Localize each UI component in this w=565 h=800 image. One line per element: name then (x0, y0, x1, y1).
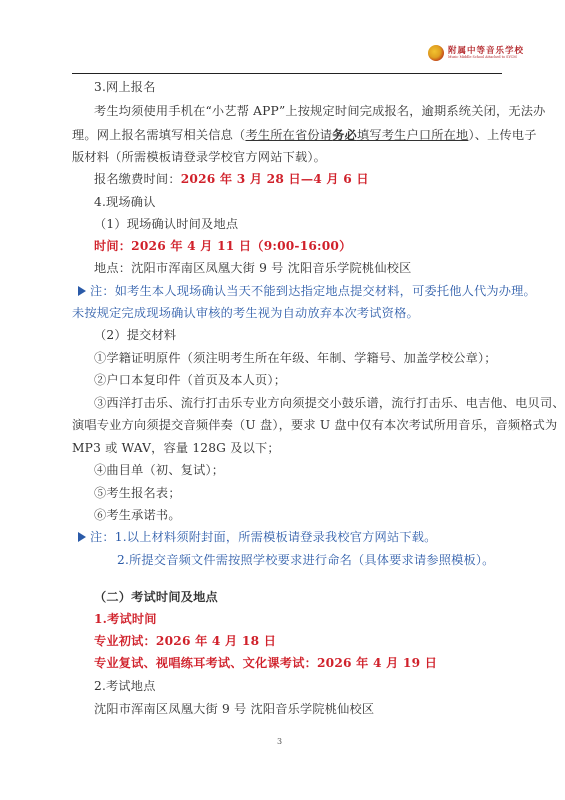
text-span: 理。网上报名需填写相关信息（ (72, 128, 245, 142)
logo-chinese-name: 附属中等音乐学校 (448, 47, 524, 56)
paragraph-line: 考生均须使用手机在“小艺帮 APP”上按规定时间完成报名，逾期系统关闭，无法办 (94, 104, 546, 118)
part-2-title: （二）考试时间及地点 (94, 590, 218, 604)
section-3-title: 3.网上报名 (94, 80, 156, 94)
paragraph-line: 版材料（所需模板请登录学校官方网站下载）。 (72, 150, 326, 164)
confirm-place: 地点：沈阳市浑南区凤凰大街 9 号 沈阳音乐学院桃仙校区 (94, 261, 411, 275)
subsection-title: （1）现场确认时间及地点 (94, 217, 238, 231)
material-item: ①学籍证明原件（须注明考生所在年级、年制、学籍号、加盖学校公章）； (94, 351, 497, 365)
header-rule (72, 73, 502, 74)
note-line: 2.所提交音频文件需按照学校要求进行命名（具体要求请参照模板）。 (117, 553, 495, 567)
material-item: ④曲目单（初、复试）； (94, 463, 224, 477)
material-item: ⑥考生承诺书。 (94, 508, 181, 522)
subsection-title: （2）提交材料 (94, 328, 176, 342)
material-item: ②户口本复印件（首页及本人页）； (94, 373, 286, 387)
underlined-text: 考生所在省份请务必填写考生户口所在地 (245, 128, 468, 142)
material-item: ⑤考生报名表； (94, 486, 181, 500)
confirm-time: 时间：2026 年 4 月 11 日（9:00-16:00） (94, 239, 352, 253)
text-span: 填写考生户口所在地 (357, 128, 469, 142)
time-value: 2026 年 4 月 11 日（9:00-16:00） (131, 239, 351, 253)
school-emblem-icon (428, 45, 444, 61)
note: 注：1.以上材料须附封面，所需模板请登录我校官方网站下载。 (78, 530, 437, 544)
exam-place-title: 2.考试地点 (94, 679, 156, 693)
note-arrow-icon (78, 286, 86, 296)
school-logo: 附属中等音乐学校 Music Middle School Attached to… (428, 42, 533, 64)
material-item-cont: MP3 或 WAV，容量 128G 及以下； (72, 441, 280, 455)
note-text: 注：如考生本人现场确认当天不能到达指定地点提交材料，可委托他人代为办理。 (90, 284, 536, 298)
bold-text: 务必 (332, 128, 357, 142)
material-item: ③西洋打击乐、流行打击乐专业方向须提交小鼓乐谱，流行打击乐、电吉他、电贝司、 (94, 396, 565, 410)
note: 注：如考生本人现场确认当天不能到达指定地点提交材料，可委托他人代为办理。 (78, 284, 536, 298)
exam-time-title: 1.考试时间 (94, 612, 157, 626)
fee-period: 报名缴费时间：2026 年 3 月 28 日—4 月 6 日 (94, 172, 369, 186)
text-span: 考生所在省份请 (245, 128, 332, 142)
note-arrow-icon (78, 532, 86, 542)
paragraph-line: 理。网上报名需填写相关信息（考生所在省份请务必填写考生户口所在地）、上传电子 (72, 128, 537, 142)
material-item-cont: 演唱专业方向须提交音频伴奏（U 盘），要求 U 盘中仅有本次考试所用音乐，音频格… (72, 418, 557, 432)
page-number: 3 (277, 737, 282, 746)
section-4-title: 4.现场确认 (94, 195, 156, 209)
fee-dates: 2026 年 3 月 28 日—4 月 6 日 (181, 172, 369, 186)
final-date: 专业复试、视唱练耳考试、文化课考试：2026 年 4 月 19 日 (94, 656, 437, 670)
logo-english-name: Music Middle School Attached to SYCM (448, 56, 524, 59)
note-line: 未按规定完成现场确认审核的考生视为自动放弃本次考试资格。 (72, 306, 419, 320)
prelim-date: 专业初试：2026 年 4 月 18 日 (94, 634, 276, 648)
text-span: ）、上传电子 (468, 128, 536, 142)
note-text: 注：1.以上材料须附封面，所需模板请登录我校官方网站下载。 (90, 530, 437, 544)
fee-label: 报名缴费时间： (94, 172, 181, 186)
exam-place: 沈阳市浑南区凤凰大街 9 号 沈阳音乐学院桃仙校区 (94, 702, 374, 716)
time-label: 时间： (94, 239, 131, 253)
